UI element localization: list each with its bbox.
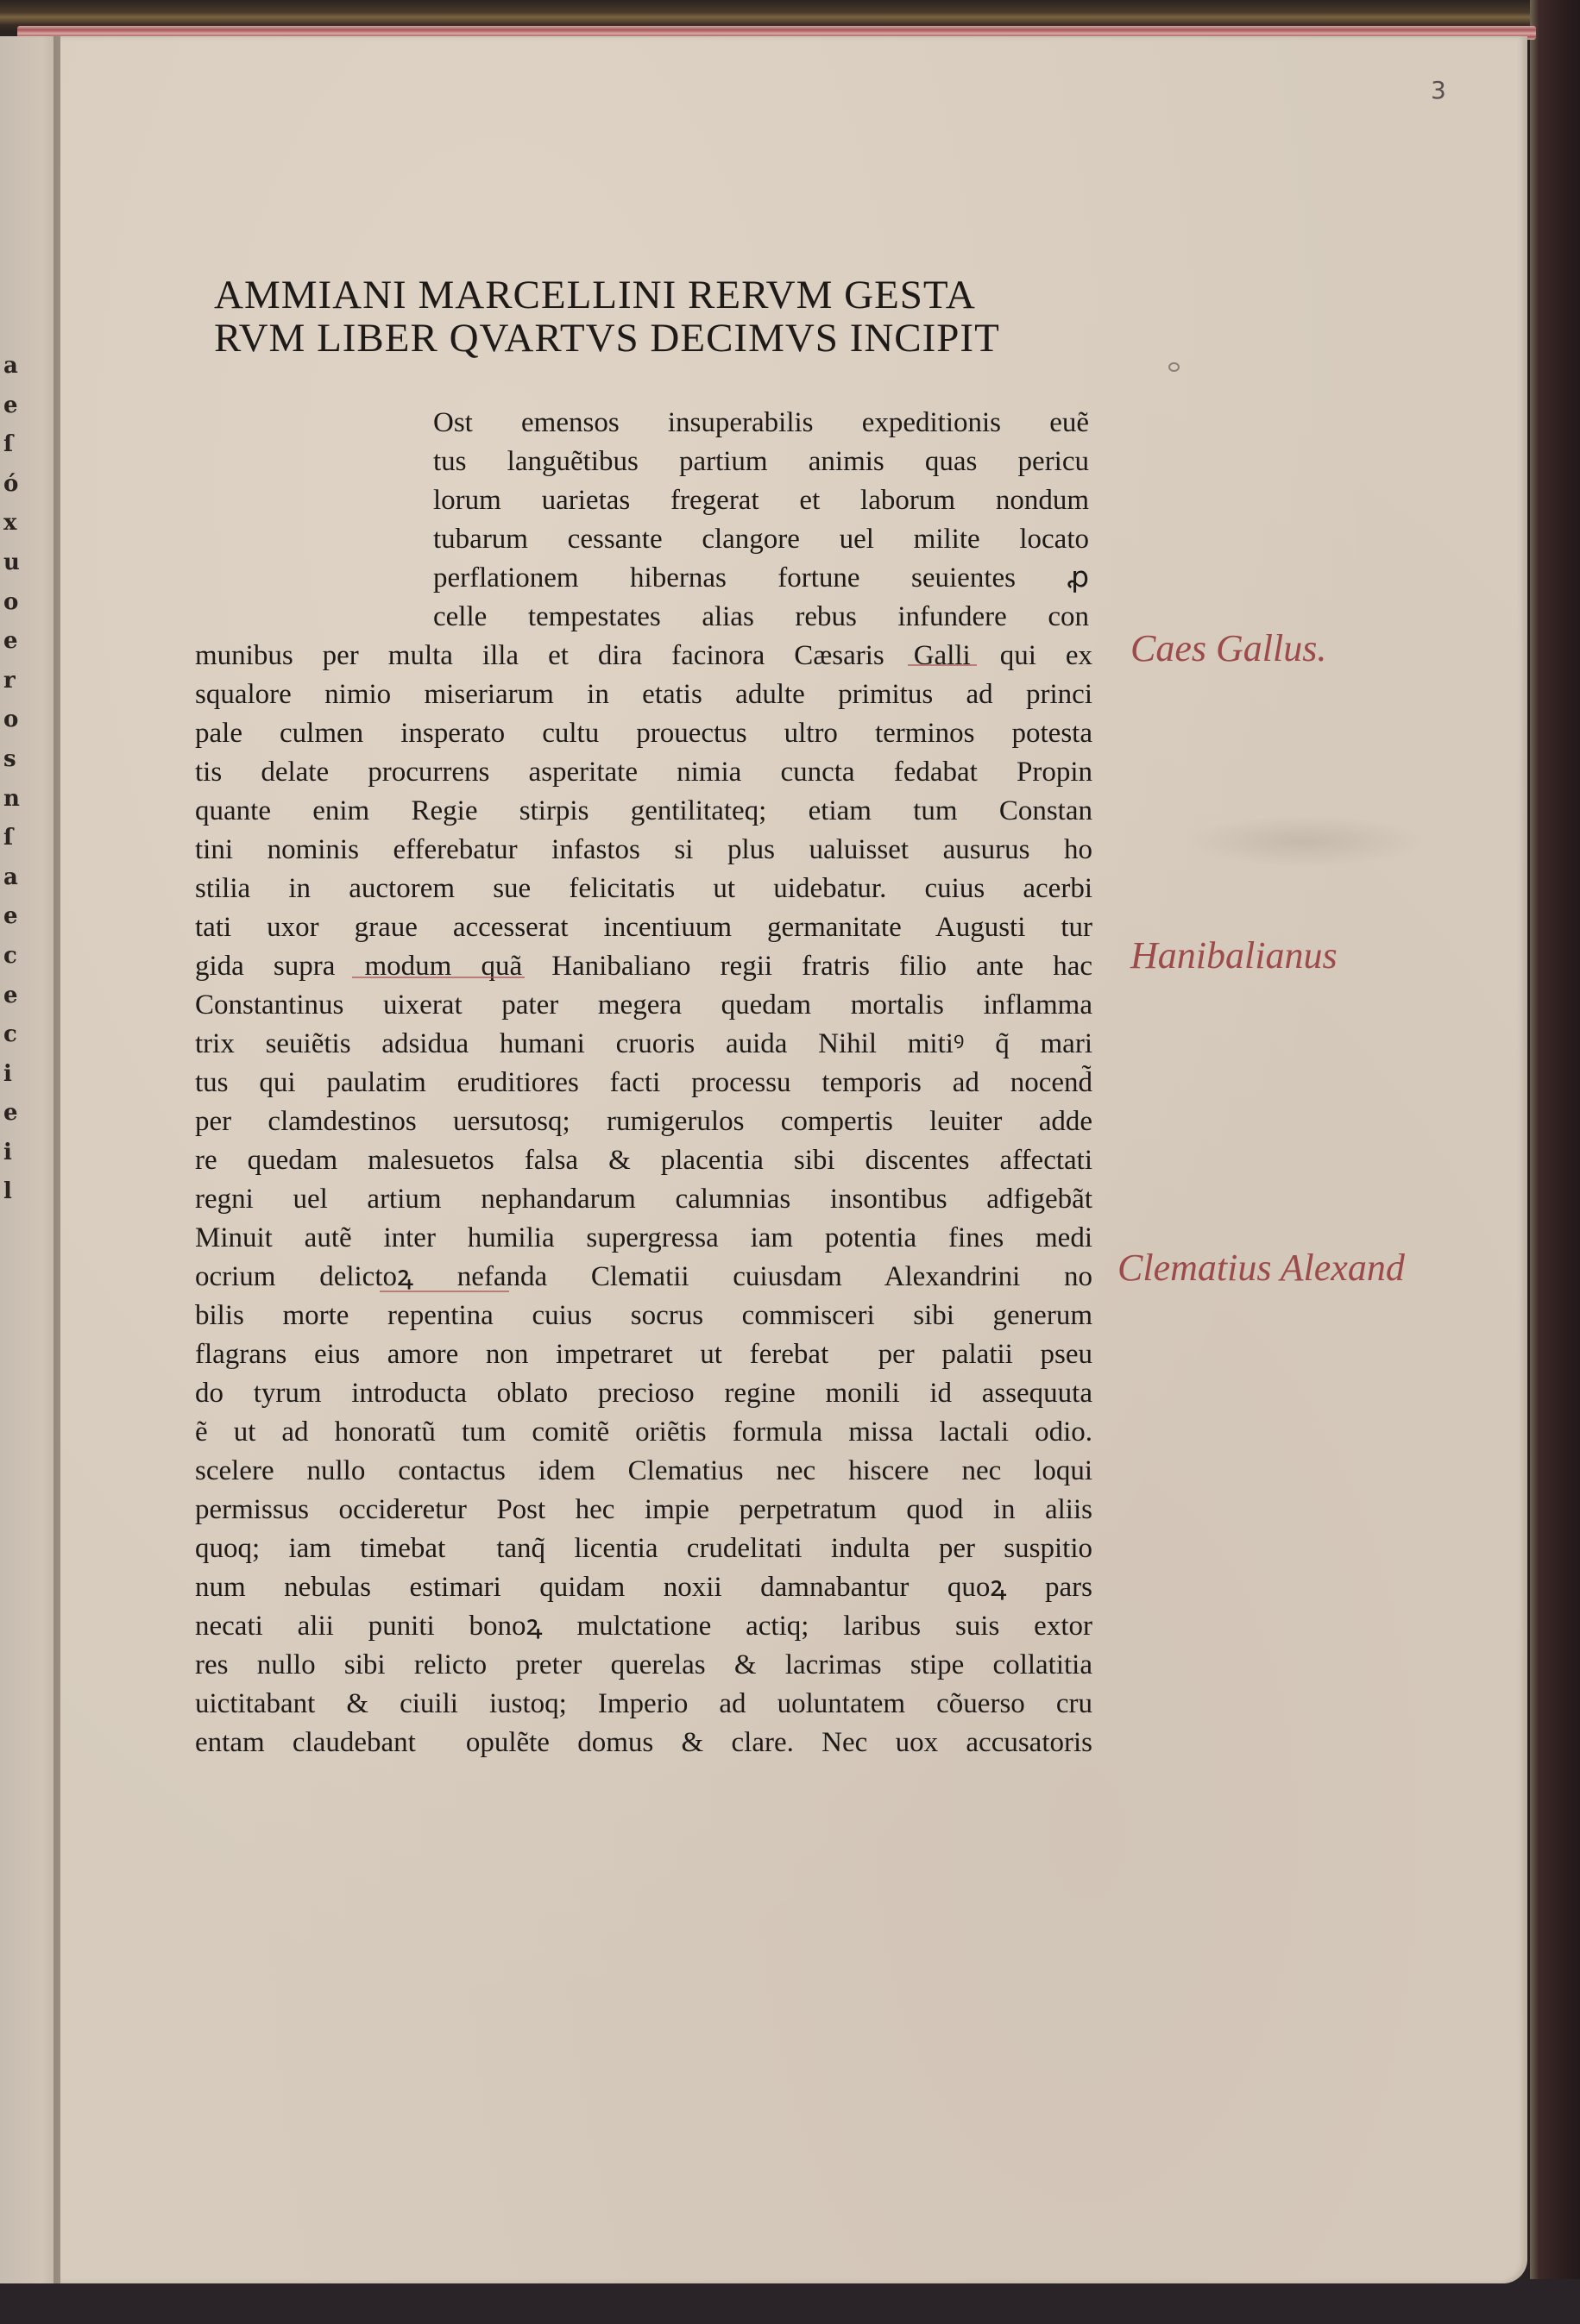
book-binding-bottom bbox=[0, 2279, 1580, 2324]
prev-letter: e bbox=[3, 977, 33, 1016]
prev-letter: l bbox=[3, 1172, 33, 1212]
prev-letter: n bbox=[3, 780, 33, 820]
text-line: re quedam malesuetos falsa & placentia s… bbox=[195, 1141, 1092, 1179]
text-line: Ost emensos insuperabilis expeditionis e… bbox=[433, 404, 1089, 442]
text-line: quoq; iam timebatᷓ tanq̃ licentia crudel… bbox=[195, 1529, 1092, 1567]
prev-letter: ſ bbox=[3, 819, 33, 858]
rubric-underline-clematii bbox=[380, 1291, 509, 1292]
text-line: necati alii puniti bonoꝝ mulctatione act… bbox=[195, 1607, 1092, 1645]
text-line: pale culmen insperato cultu prouectus ul… bbox=[195, 714, 1092, 752]
previous-page-edge: a e ſ ó x u o e r o s n ſ a e c e c i e … bbox=[0, 36, 60, 2283]
prev-letter: a bbox=[3, 858, 33, 898]
text-line: quante enim Regie stirpis gentilitateq; … bbox=[195, 792, 1092, 830]
text-line: celle tempestates alias rebus infundere … bbox=[433, 598, 1089, 636]
prev-letter: e bbox=[3, 897, 33, 937]
prev-letter: o bbox=[3, 583, 33, 623]
text-line: per clamdestinos uersutosq; rumigerulos … bbox=[195, 1102, 1092, 1140]
text-line: permissus occideretur Post hec impie per… bbox=[195, 1491, 1092, 1529]
text-line: tis delate procurrens asperitate nimia c… bbox=[195, 753, 1092, 791]
text-line: Constantinus uixerat pater megera quedam… bbox=[195, 986, 1092, 1024]
text-line: trix seuiẽtis adsidua humani cruoris aui… bbox=[195, 1025, 1092, 1063]
erased-marginal-note bbox=[1182, 815, 1424, 867]
marginal-note-clematius-alexandrinus: Clematius Alexand bbox=[1117, 1246, 1405, 1290]
rubric-underline-hanibaliano bbox=[352, 977, 525, 978]
prev-letter: e bbox=[3, 386, 33, 426]
prev-letter: e bbox=[3, 622, 33, 662]
prev-letter: c bbox=[3, 1015, 33, 1055]
prev-letter: o bbox=[3, 700, 33, 740]
prev-letter: u bbox=[3, 543, 33, 583]
text-line: tini nominis efferebatur infastos si plu… bbox=[195, 831, 1092, 869]
text-line: tus languẽtibus partium animis quas peri… bbox=[433, 443, 1089, 481]
text-line: squalore nimio miseriarum in etatis adul… bbox=[195, 675, 1092, 713]
marginal-note-hanibalianus: Hanibalianus bbox=[1130, 933, 1338, 977]
prev-letter: ó bbox=[3, 465, 33, 505]
text-line: tus qui paulatim eruditiores facti proce… bbox=[195, 1064, 1092, 1102]
text-line: do tyrum introducta oblato precioso regi… bbox=[195, 1374, 1092, 1412]
text-line: num nebulas estimari quidam noxii damnab… bbox=[195, 1568, 1092, 1606]
text-line: munibus per multa illa et dira facinora … bbox=[195, 637, 1092, 675]
text-line: tubarum cessante clangore uel milite loc… bbox=[433, 520, 1089, 558]
text-line: stilia in auctorem sue felicitatis ut ui… bbox=[195, 870, 1092, 908]
prev-letter: s bbox=[3, 740, 33, 780]
prev-letter: x bbox=[3, 504, 33, 543]
text-line: uictitabant & ciuili iustoq; Imperio ad … bbox=[195, 1685, 1092, 1723]
book-binding-right bbox=[1530, 0, 1580, 2324]
prev-letter: i bbox=[3, 1134, 33, 1173]
ink-mark bbox=[1168, 362, 1180, 372]
text-line: Minuit autẽ inter humilia supergressa ia… bbox=[195, 1219, 1092, 1257]
text-line: bilis morte repentina cuius socrus commi… bbox=[195, 1297, 1092, 1335]
text-line: lorum uarietas fregerat et laborum nondu… bbox=[433, 481, 1089, 519]
prev-letter: e bbox=[3, 1094, 33, 1134]
text-line: gida supra modum quã Hanibaliano regii f… bbox=[195, 947, 1092, 985]
text-line: flagrans eius amore non impetraret ut fe… bbox=[195, 1335, 1092, 1373]
text-line: entam claudebantᷓ opulẽte domus & clare.… bbox=[195, 1724, 1092, 1762]
text-line: tati uxor graue accesserat incentiuum ge… bbox=[195, 908, 1092, 946]
heading-line-2: RVM LIBER QVARTVS DECIMVS INCIPIT bbox=[214, 317, 1103, 361]
text-line: res nullo sibi relicto preter querelas &… bbox=[195, 1646, 1092, 1684]
marginal-note-caesar-gallus: Caes Gallus. bbox=[1130, 626, 1326, 670]
prev-letter: ſ bbox=[3, 425, 33, 465]
text-line: regni uel artium nephandarum calumnias i… bbox=[195, 1180, 1092, 1218]
text-line: ẽ ut ad honoratũ tum comitẽ oriẽtis form… bbox=[195, 1413, 1092, 1451]
text-line: ocrium delictoꝝ nefanda Clematii cuiusda… bbox=[195, 1258, 1092, 1296]
prev-letter: i bbox=[3, 1055, 33, 1095]
rubric-underline-galli bbox=[908, 664, 977, 666]
folio-number: 3 bbox=[1431, 76, 1446, 104]
text-line: scelere nullo contactus idem Clematius n… bbox=[195, 1452, 1092, 1490]
text-line: perflationem hibernas fortune seuientes … bbox=[433, 559, 1089, 597]
prev-letter: c bbox=[3, 937, 33, 977]
prev-letter: a bbox=[3, 347, 33, 386]
previous-page-letters: a e ſ ó x u o e r o s n ſ a e c e c i e … bbox=[3, 347, 33, 1212]
heading-line-1: AMMIANI MARCELLINI RERVM GESTA bbox=[214, 274, 1103, 317]
incipit-heading: AMMIANI MARCELLINI RERVM GESTA RVM LIBER… bbox=[214, 274, 1103, 361]
prev-letter: r bbox=[3, 662, 33, 701]
